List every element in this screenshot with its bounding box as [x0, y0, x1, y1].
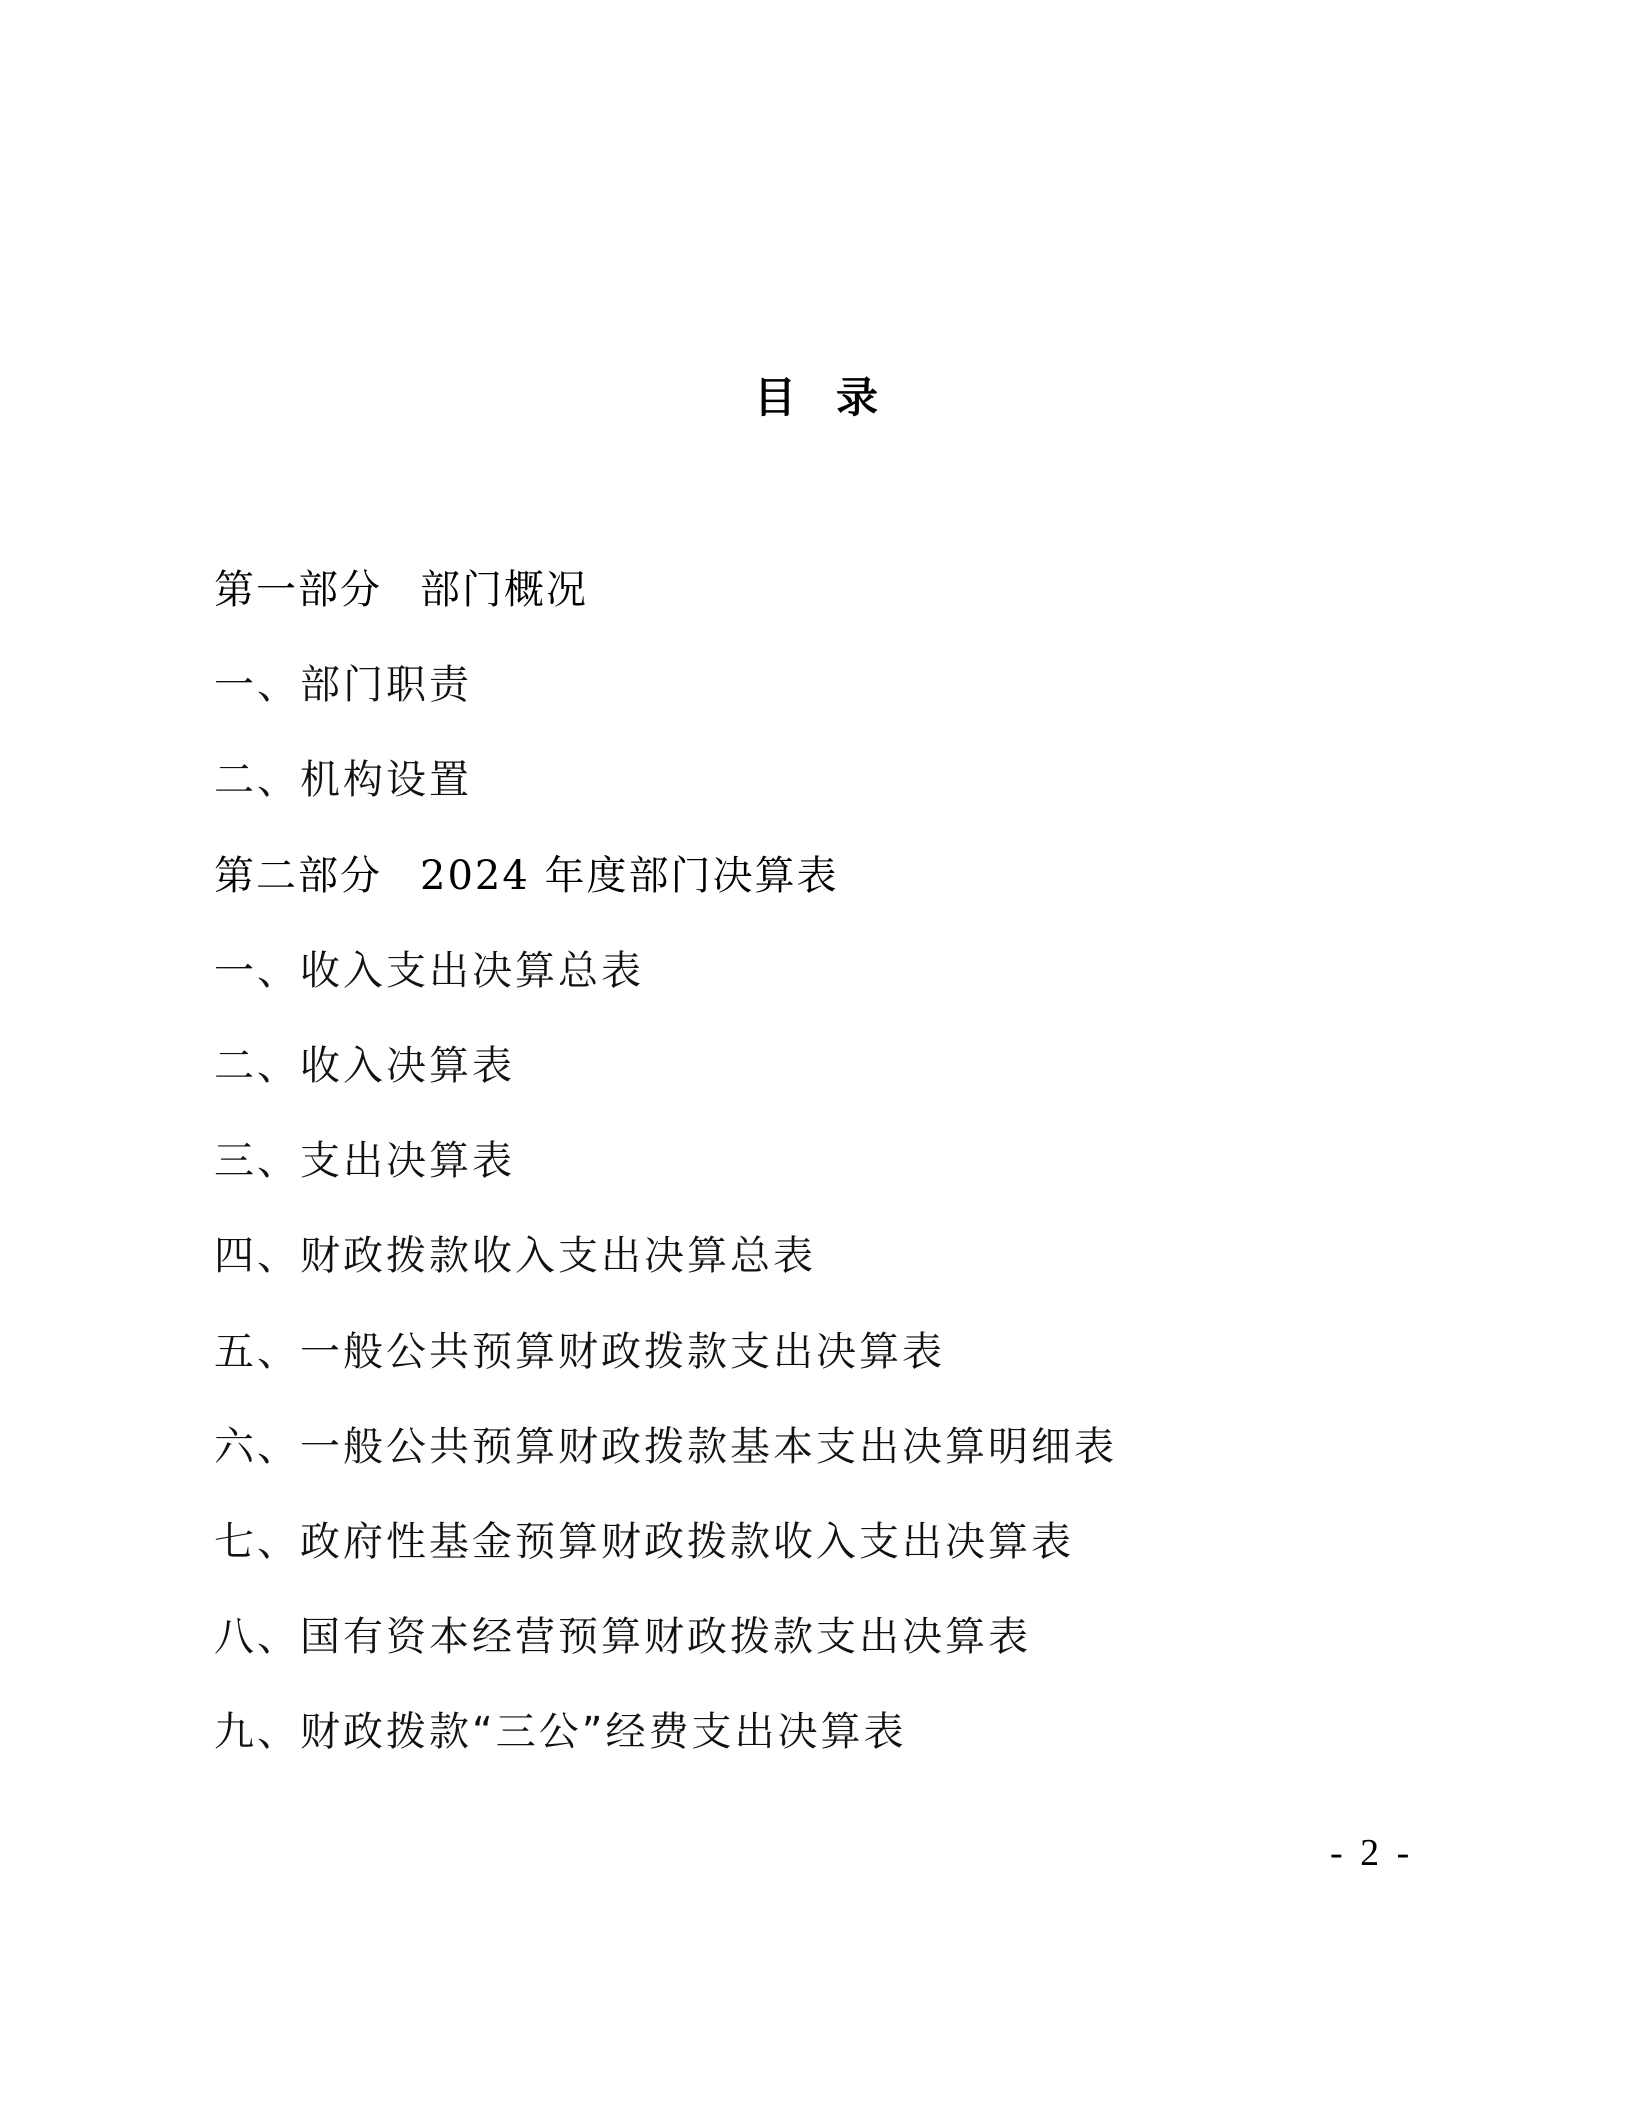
part-label: 第二部分 — [214, 853, 382, 899]
toc-item[interactable]: 四、财政拨款收入支出决算总表 — [214, 1228, 1434, 1323]
part-title: 部门概况 — [420, 567, 588, 613]
toc-item[interactable]: 一、收入支出决算总表 — [214, 943, 1434, 1038]
part-label: 第一部分 — [214, 567, 382, 613]
toc-item[interactable]: 六、一般公共预算财政拨款基本支出决算明细表 — [214, 1419, 1434, 1514]
toc-part-2-heading[interactable]: 第二部分2024 年度部门决算表 — [214, 848, 1434, 943]
toc-item[interactable]: 三、支出决算表 — [214, 1133, 1434, 1228]
toc-item[interactable]: 二、收入决算表 — [214, 1038, 1434, 1133]
toc-item[interactable]: 八、国有资本经营预算财政拨款支出决算表 — [214, 1609, 1434, 1704]
toc-item[interactable]: 九、财政拨款“三公”经费支出决算表 — [214, 1704, 1434, 1799]
part-title: 2024 年度部门决算表 — [420, 853, 839, 899]
toc-title: 目录 — [0, 370, 1632, 426]
toc-item[interactable]: 五、一般公共预算财政拨款支出决算表 — [214, 1324, 1434, 1419]
toc-item[interactable]: 七、政府性基金预算财政拨款收入支出决算表 — [214, 1514, 1434, 1609]
toc-item[interactable]: 二、机构设置 — [214, 752, 1434, 847]
toc-item[interactable]: 一、部门职责 — [214, 657, 1434, 752]
table-of-contents: 第一部分部门概况 一、部门职责 二、机构设置 第二部分2024 年度部门决算表 … — [214, 562, 1434, 1799]
document-page: 目录 第一部分部门概况 一、部门职责 二、机构设置 第二部分2024 年度部门决… — [0, 0, 1632, 2112]
toc-part-1-heading[interactable]: 第一部分部门概况 — [214, 562, 1434, 657]
page-number: - 2 - — [1330, 1830, 1413, 1876]
